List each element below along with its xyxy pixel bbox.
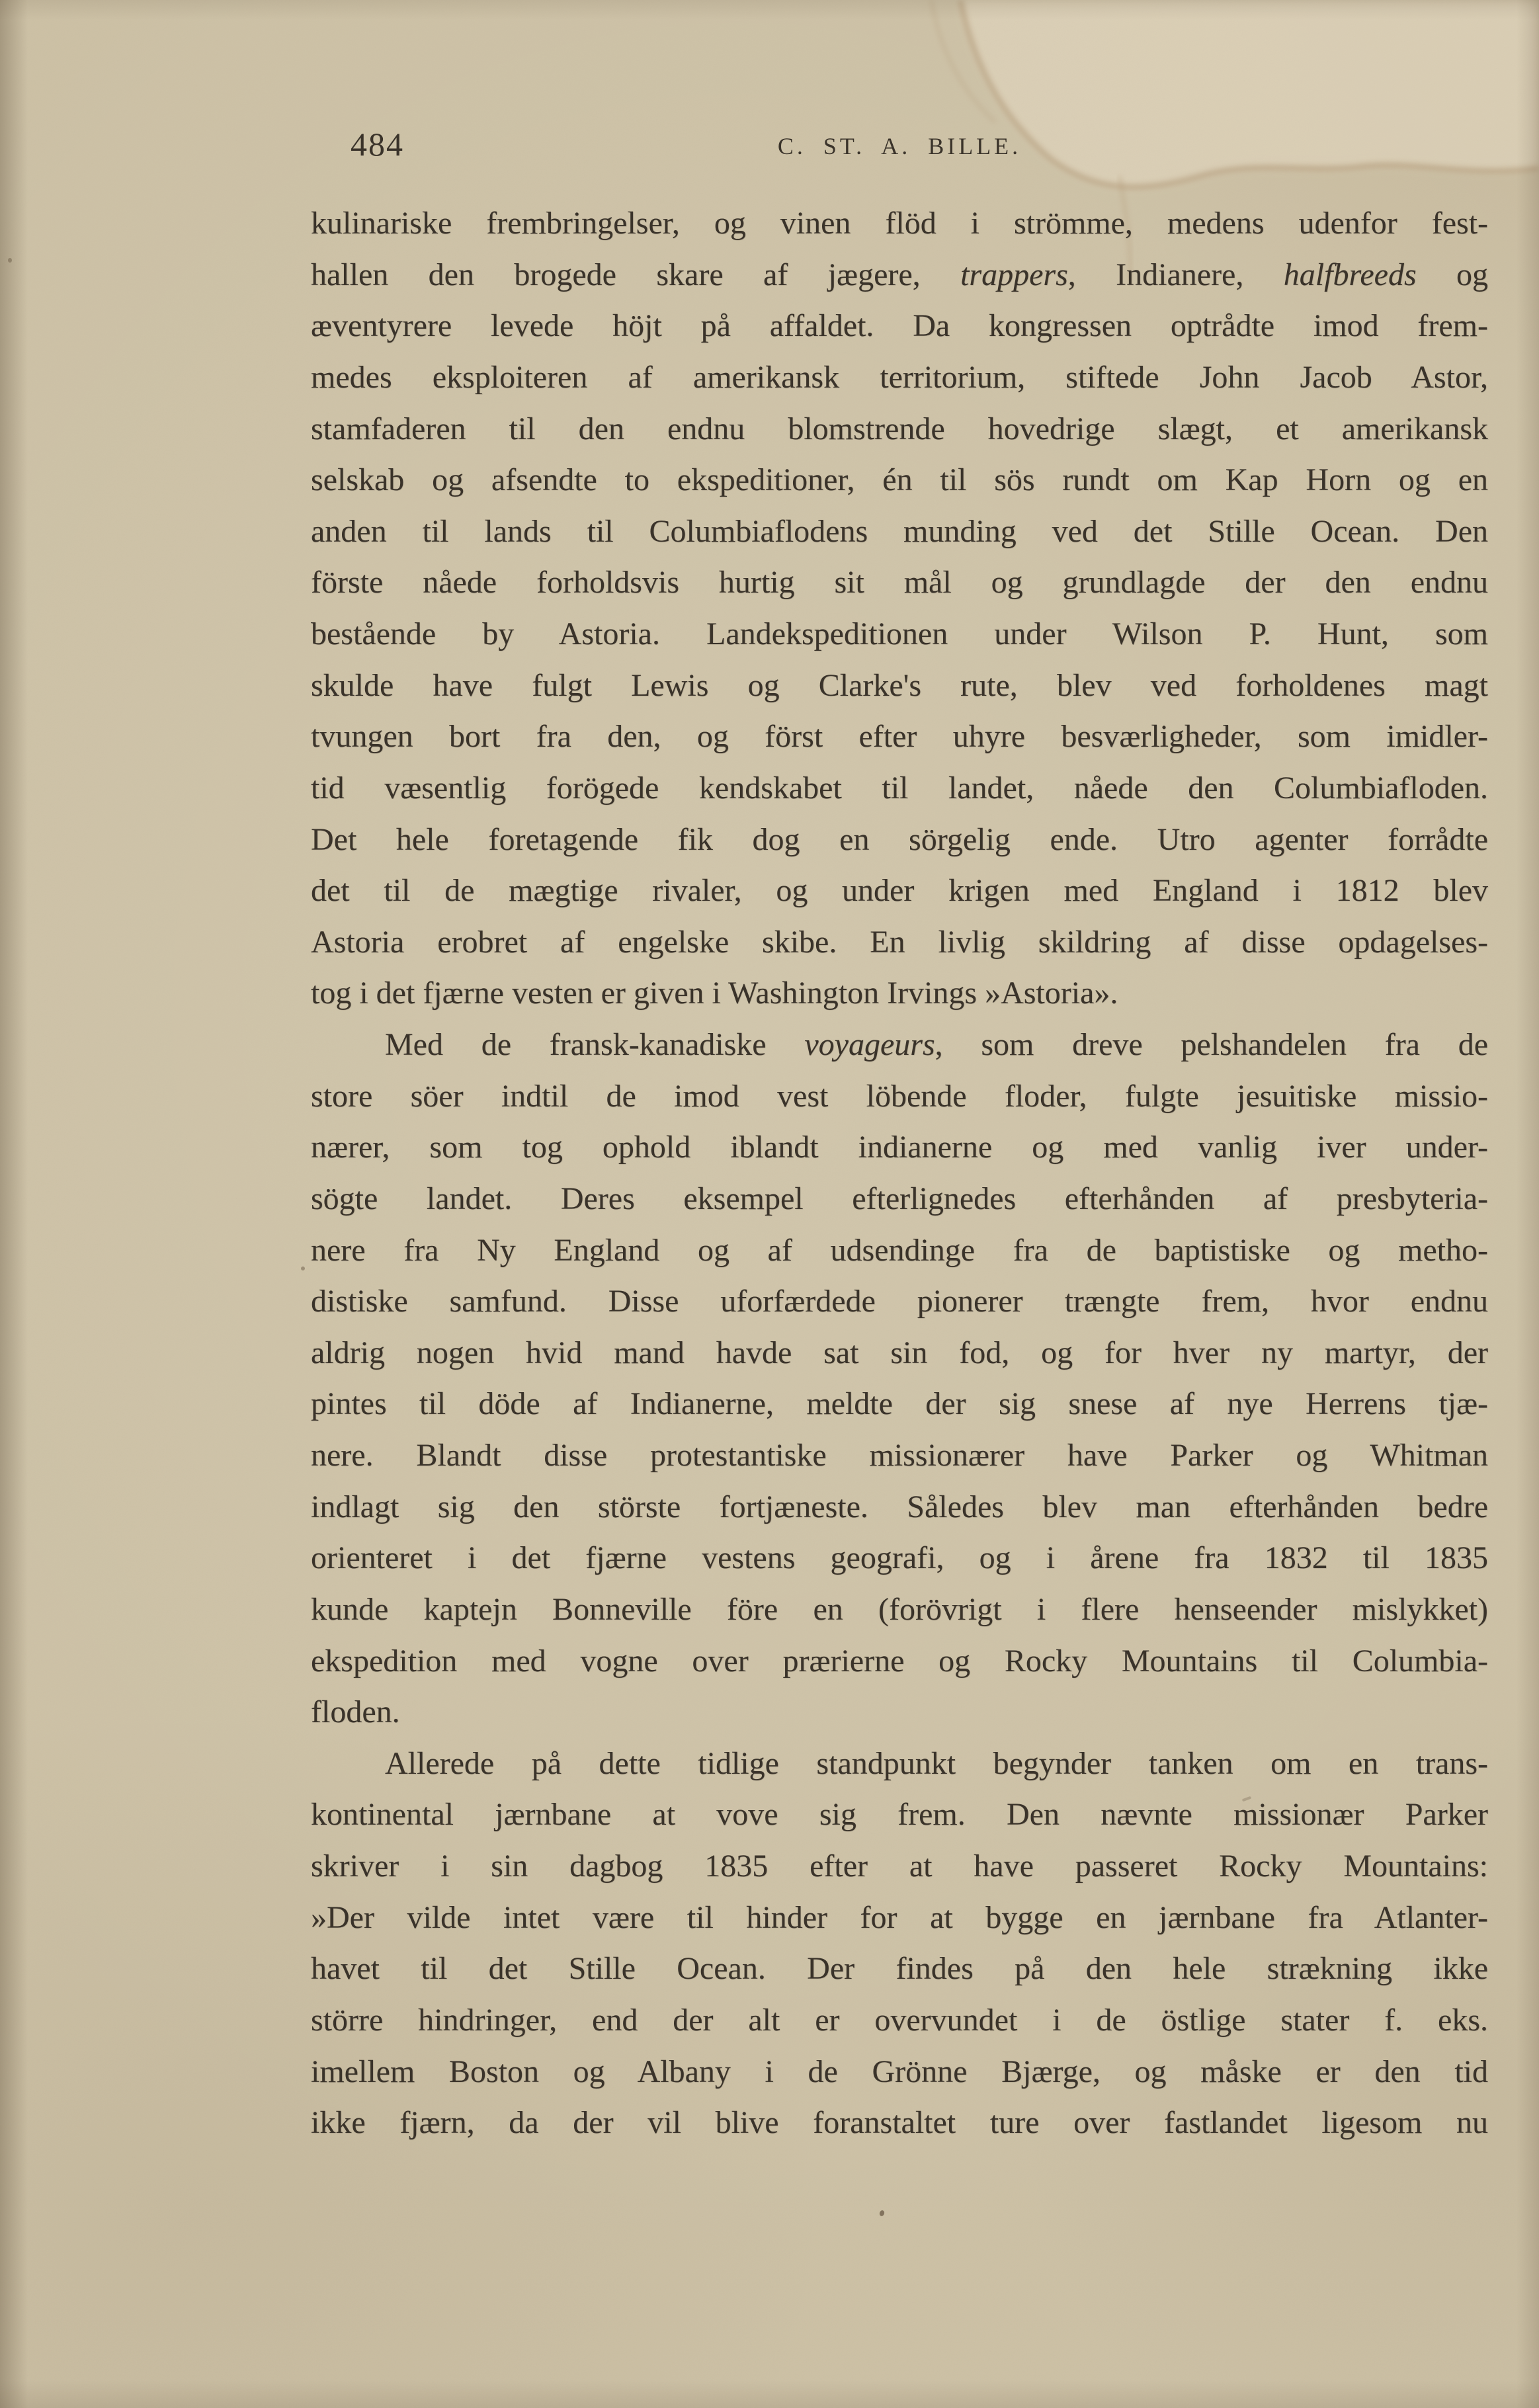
- text-line: sögte landet. Deres eksempel efterligned…: [311, 1173, 1488, 1225]
- text-line: kulinariske frembringelser, og vinen flö…: [311, 198, 1488, 249]
- italic-text: trappers: [960, 257, 1068, 292]
- running-title: C. ST. A. BILLE.: [311, 133, 1488, 159]
- text-segment: aldrig nogen hvid mand havde sat sin fod…: [311, 1335, 1488, 1370]
- text-line: tvungen bort fra den, og först efter uhy…: [311, 711, 1488, 763]
- text-segment: distiske samfund. Disse uforfærdede pion…: [311, 1284, 1488, 1319]
- text-segment: , Indianere,: [1068, 257, 1284, 292]
- text-line: store söer indtil de imod vest löbende f…: [311, 1071, 1488, 1122]
- text-segment: Astoria erobret af engelske skibe. En li…: [311, 925, 1488, 960]
- text-line: orienteret i det fjærne vestens geografi…: [311, 1532, 1488, 1584]
- text-segment: sögte landet. Deres eksempel efterligned…: [311, 1181, 1488, 1216]
- text-segment: Allerede på dette tidlige standpunkt beg…: [385, 1746, 1488, 1781]
- ink-speck: [879, 2210, 885, 2217]
- text-line: »Der vilde intet være til hinder for at …: [311, 1892, 1488, 1944]
- text-segment: imellem Boston og Albany i de Grönne Bjæ…: [311, 2054, 1488, 2089]
- text-segment: förste nåede forholdsvis hurtig sit mål …: [311, 565, 1488, 600]
- text-segment: tvungen bort fra den, og först efter uhy…: [311, 719, 1488, 754]
- text-line: ikke fjærn, da der vil blive foranstalte…: [311, 2097, 1488, 2149]
- text-segment: nere fra Ny England og af udsendinge fra…: [311, 1233, 1488, 1268]
- text-line: det til de mægtige rivaler, og under kri…: [311, 865, 1488, 917]
- text-line: stamfaderen til den endnu blomstrende ho…: [311, 403, 1488, 455]
- text-line: Med de fransk-kanadiske voyageurs, som d…: [311, 1019, 1488, 1071]
- text-line: Det hele foretagende fik dog en sörgelig…: [311, 814, 1488, 866]
- text-segment: ikke fjærn, da der vil blive foranstalte…: [311, 2105, 1488, 2140]
- italic-text: halfbreeds: [1284, 257, 1417, 292]
- text-segment: havet til det Stille Ocean. Der findes p…: [311, 1951, 1488, 1986]
- text-segment: pintes til döde af Indianerne, meldte de…: [311, 1386, 1488, 1421]
- text-line: kontinental jærnbane at vove sig frem. D…: [311, 1789, 1488, 1841]
- text-segment: kunde kaptejn Bonneville före en (forövr…: [311, 1592, 1488, 1627]
- text-segment: ekspedition med vogne over prærierne og …: [311, 1643, 1488, 1679]
- text-segment: tid væsentlig forögede kendskabet til la…: [311, 770, 1488, 806]
- text-line: nærer, som tog ophold iblandt indianerne…: [311, 1122, 1488, 1173]
- text-segment: indlagt sig den störste fortjæneste. Sål…: [311, 1489, 1488, 1524]
- text-segment: store söer indtil de imod vest löbende f…: [311, 1079, 1488, 1114]
- text-line: distiske samfund. Disse uforfærdede pion…: [311, 1276, 1488, 1327]
- italic-text: voyageurs: [804, 1027, 935, 1062]
- text-segment: tog i det fjærne vesten er given i Washi…: [311, 976, 1118, 1011]
- text-segment: nærer, som tog ophold iblandt indianerne…: [311, 1130, 1488, 1165]
- text-segment: æventyrere levede höjt på affaldet. Da k…: [311, 308, 1488, 343]
- text-line: skulde have fulgt Lewis og Clarke's rute…: [311, 660, 1488, 712]
- text-line: anden til lands til Columbiaflodens mund…: [311, 506, 1488, 558]
- text-line: större hindringer, end der alt er overvu…: [311, 1995, 1488, 2046]
- text-segment: kulinariske frembringelser, og vinen flö…: [311, 206, 1488, 241]
- text-segment: floden.: [311, 1694, 400, 1729]
- text-line: Astoria erobret af engelske skibe. En li…: [311, 917, 1488, 968]
- text-line: Allerede på dette tidlige standpunkt beg…: [311, 1738, 1488, 1790]
- text-line: pintes til döde af Indianerne, meldte de…: [311, 1378, 1488, 1430]
- text-line: tog i det fjærne vesten er given i Washi…: [311, 968, 1488, 1019]
- text-line: kunde kaptejn Bonneville före en (forövr…: [311, 1584, 1488, 1636]
- text-segment: medes eksploiteren af amerikansk territo…: [311, 360, 1488, 395]
- text-segment: hallen den brogede skare af jægere,: [311, 257, 960, 292]
- text-line: skriver i sin dagbog 1835 efter at have …: [311, 1841, 1488, 1892]
- text-line: aldrig nogen hvid mand havde sat sin fod…: [311, 1327, 1488, 1379]
- text-line: havet til det Stille Ocean. Der findes p…: [311, 1943, 1488, 1995]
- text-line: hallen den brogede skare af jægere, trap…: [311, 249, 1488, 301]
- text-line: indlagt sig den störste fortjæneste. Sål…: [311, 1481, 1488, 1533]
- text-line: medes eksploiteren af amerikansk territo…: [311, 352, 1488, 403]
- text-segment: og: [1417, 257, 1488, 292]
- text-line: æventyrere levede höjt på affaldet. Da k…: [311, 300, 1488, 352]
- text-segment: orienteret i det fjærne vestens geografi…: [311, 1540, 1488, 1575]
- ink-speck: [8, 258, 12, 263]
- text-line: imellem Boston og Albany i de Grönne Bjæ…: [311, 2046, 1488, 2098]
- text-line: ekspedition med vogne over prærierne og …: [311, 1636, 1488, 1687]
- text-line: floden.: [311, 1686, 1488, 1738]
- text-line: förste nåede forholdsvis hurtig sit mål …: [311, 557, 1488, 608]
- text-segment: Med de fransk-kanadiske: [385, 1027, 804, 1062]
- text-segment: , som dreve pelshandelen fra de: [935, 1027, 1488, 1062]
- text-segment: Det hele foretagende fik dog en sörgelig…: [311, 822, 1488, 857]
- text-segment: skriver i sin dagbog 1835 efter at have …: [311, 1848, 1488, 1884]
- text-line: nere. Blandt disse protestantiske missio…: [311, 1430, 1488, 1481]
- text-segment: selskab og afsendte to ekspeditioner, én…: [311, 462, 1488, 497]
- text-segment: bestående by Astoria. Landekspeditionen …: [311, 616, 1488, 651]
- ink-speck: [301, 1266, 305, 1270]
- text-segment: nere. Blandt disse protestantiske missio…: [311, 1438, 1488, 1473]
- text-segment: kontinental jærnbane at vove sig frem. D…: [311, 1797, 1488, 1832]
- text-block: kulinariske frembringelser, og vinen flö…: [311, 198, 1488, 2149]
- book-page: 484 C. ST. A. BILLE. kulinariske frembri…: [0, 0, 1539, 2408]
- text-line: selskab og afsendte to ekspeditioner, én…: [311, 454, 1488, 506]
- text-segment: »Der vilde intet være til hinder for at …: [311, 1900, 1488, 1935]
- text-segment: stamfaderen til den endnu blomstrende ho…: [311, 411, 1488, 446]
- text-segment: skulde have fulgt Lewis og Clarke's rute…: [311, 668, 1488, 703]
- text-line: tid væsentlig forögede kendskabet til la…: [311, 763, 1488, 814]
- text-segment: anden til lands til Columbiaflodens mund…: [311, 514, 1488, 549]
- text-line: nere fra Ny England og af udsendinge fra…: [311, 1225, 1488, 1276]
- text-line: bestående by Astoria. Landekspeditionen …: [311, 608, 1488, 660]
- text-segment: större hindringer, end der alt er overvu…: [311, 2003, 1488, 2038]
- text-segment: det til de mægtige rivaler, og under kri…: [311, 873, 1488, 908]
